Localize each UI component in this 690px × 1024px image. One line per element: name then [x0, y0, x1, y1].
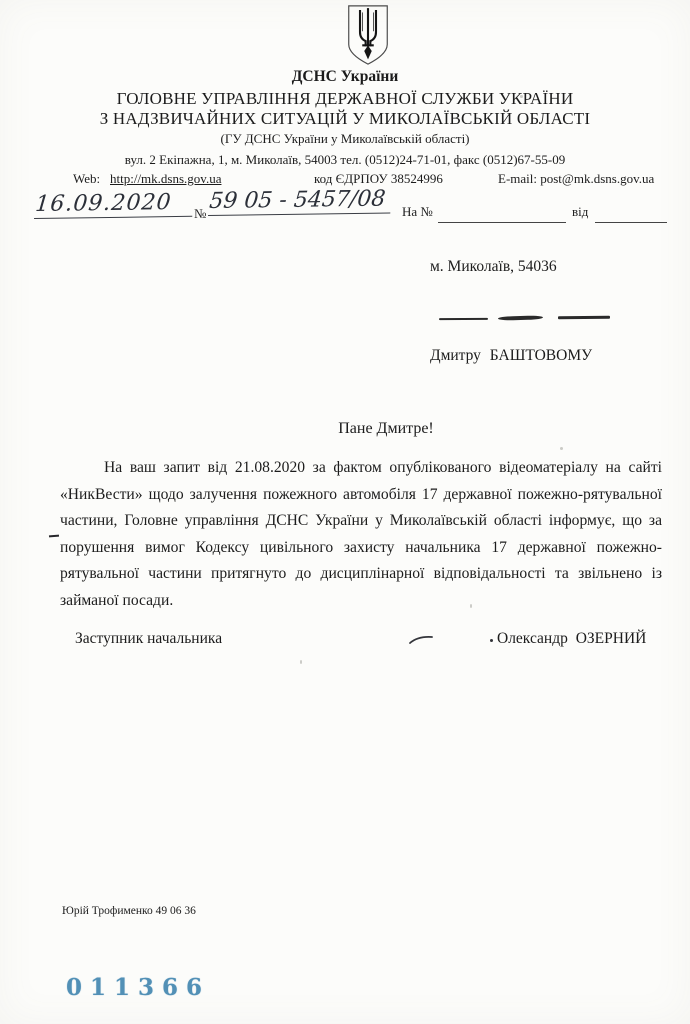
- redaction-stroke: [439, 318, 488, 320]
- salutation: Пане Дмитре!: [86, 420, 686, 438]
- handwritten-reference-number: 59 05 - 5457/08: [208, 186, 393, 216]
- from-date-blank-line: [595, 221, 667, 223]
- scan-speckle: [470, 604, 472, 608]
- incoming-number-label: На №: [402, 204, 433, 220]
- org-address: вул. 2 Екіпажна, 1, м. Миколаїв, 54003 т…: [0, 152, 690, 168]
- signer-name: Олександр ОЗЕРНИЙ: [497, 630, 646, 648]
- addressee-city: м. Миколаїв, 54036: [430, 258, 557, 276]
- org-name-line1: ГОЛОВНЕ УПРАВЛІННЯ ДЕРЖАВНОЇ СЛУЖБИ УКРА…: [0, 89, 690, 109]
- pen-dot-mark: [490, 639, 493, 642]
- org-email: E-mail: post@mk.dsns.gov.ua: [498, 171, 654, 187]
- redaction-stroke: [498, 315, 543, 320]
- addressee-name: Дмитру БАШТОВОМУ: [430, 347, 592, 365]
- org-name-line2: З НАДЗВИЧАЙНИХ СИТУАЦІЙ У МИКОЛАЇВСЬКІЙ …: [0, 109, 690, 129]
- executor-contact: Юрій Трофименко 49 06 36: [62, 905, 196, 917]
- scan-speckle: [560, 447, 563, 450]
- from-date-label: від: [572, 204, 588, 220]
- org-abbreviation: (ГУ ДСНС України у Миколаївській області…: [0, 131, 690, 147]
- number-sign: №: [194, 206, 206, 222]
- redaction-stroke: [558, 316, 610, 320]
- ukraine-trident-emblem-icon: [339, 4, 397, 66]
- handwritten-date: 16.09.2020: [34, 190, 195, 219]
- signer-position: Заступник начальника: [75, 630, 222, 648]
- scan-speckle: [300, 660, 302, 664]
- org-website: http://mk.dsns.gov.ua: [110, 171, 221, 187]
- org-short-name: ДСНС України: [0, 68, 690, 86]
- scanned-letter-page: ДСНС України ГОЛОВНЕ УПРАВЛІННЯ ДЕРЖАВНО…: [0, 0, 690, 1024]
- edrpou-code: код ЄДРПОУ 38524996: [314, 171, 443, 187]
- scan-speckle: [520, 95, 523, 98]
- web-label: Web:: [73, 171, 100, 187]
- registration-stamp-number: 011366: [66, 974, 210, 1001]
- incoming-number-blank-line: [438, 221, 566, 223]
- margin-pen-mark: [49, 535, 59, 538]
- pen-stroke-mark: [408, 633, 434, 645]
- letter-body: На ваш запит від 21.08.2020 за фактом оп…: [60, 455, 662, 615]
